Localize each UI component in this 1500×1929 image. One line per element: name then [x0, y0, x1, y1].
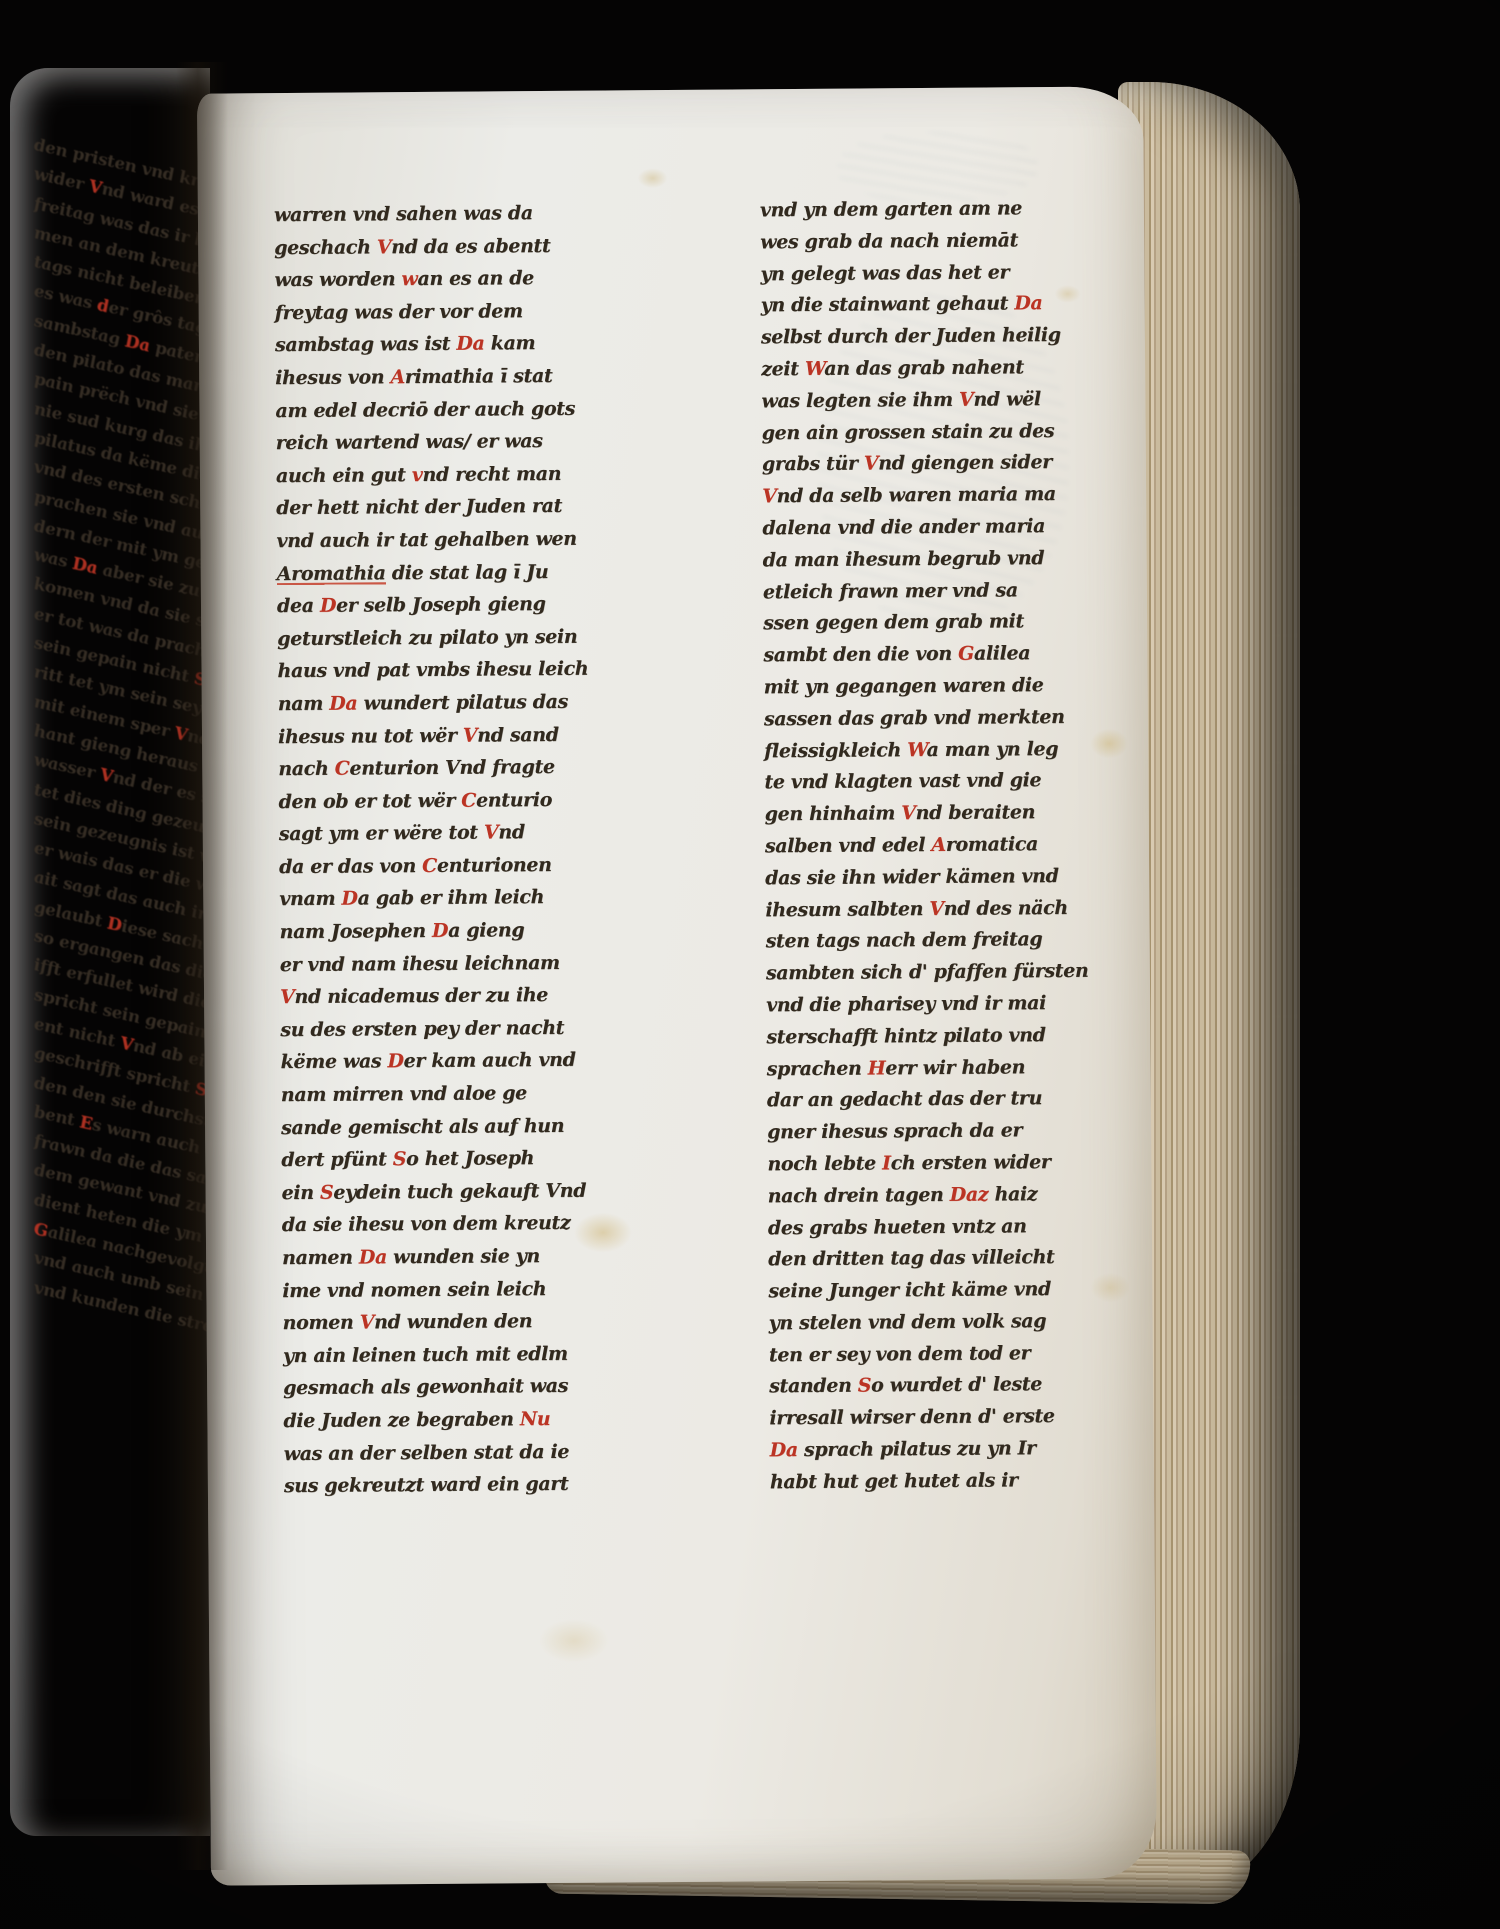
stain	[539, 1619, 609, 1664]
text-line: zeit Wan das grab nahent	[761, 351, 1153, 386]
text-line: nach drein tagen Daz haiz	[768, 1178, 1157, 1213]
text-line: nam mirren vnd aloe ge	[281, 1077, 617, 1112]
text-line: yn gelegt was das het er	[760, 256, 1152, 291]
text-line: gen ain grossen stain zu des	[762, 415, 1154, 450]
text-line: Vnd nicademus der zu ihe	[280, 979, 616, 1014]
text-line: ihesus nu tot wër Vnd sand	[278, 718, 614, 753]
text-line: fleissigkleich Wa man yn leg	[764, 733, 1156, 768]
text-line: was legten sie ihm Vnd wël	[761, 383, 1153, 418]
text-line: etleich frawn mer vnd sa	[763, 574, 1155, 609]
text-line: nam Da wundert pilatus das	[278, 685, 614, 720]
text-line: yn die stainwant gehaut Da	[761, 288, 1153, 323]
text-line: habt hut get hutet als ir	[770, 1464, 1157, 1499]
text-line: Da sprach pilatus zu yn Ir	[770, 1432, 1157, 1467]
text-line: te vnd klagten vast vnd gie	[764, 765, 1156, 800]
text-line: dalena vnd die ander maria	[762, 510, 1154, 545]
text-line: noch lebte Ich ersten wider	[767, 1146, 1157, 1181]
text-line: salben vnd edel Aromatica	[765, 828, 1157, 863]
stain	[638, 168, 668, 188]
text-line: da sie ihesu von dem kreutz	[282, 1207, 618, 1242]
text-line: Aromathia die stat lag ī Ju	[277, 555, 613, 590]
bleed-through-text	[837, 131, 1038, 203]
text-line: der hett nicht der Juden rat	[276, 490, 612, 525]
text-line: sterschafft hintz pilato vnd	[766, 1019, 1157, 1054]
text-line: namen Da wunden sie yn	[282, 1239, 618, 1274]
text-line: vnd auch ir tat gehalben wen	[276, 522, 612, 557]
text-line: nomen Vnd wunden den	[283, 1305, 619, 1340]
text-line: vnd yn dem garten am ne	[760, 192, 1152, 227]
text-line: was worden wan es an de	[274, 262, 610, 297]
text-line: den dritten tag das villeicht	[768, 1242, 1157, 1277]
text-line: dert pfünt So het Joseph	[281, 1142, 617, 1177]
text-line: er vnd nam ihesu leichnam	[280, 946, 616, 981]
text-line: sande gemischt als auf hun	[281, 1109, 617, 1144]
text-line: ihesum salbten Vnd des näch	[765, 892, 1157, 927]
text-line: grabs tür Vnd giengen sider	[762, 447, 1154, 482]
text-line: gen hinhaim Vnd beraiten	[765, 796, 1157, 831]
text-line: geschach Vnd da es abentt	[274, 229, 610, 264]
text-line: irresall wirser denn d' erste	[769, 1400, 1157, 1435]
text-line: reich wartend was/ er was	[276, 425, 612, 460]
text-line: mit yn gegangen waren die	[764, 669, 1156, 704]
text-line: selbst durch der Juden heilig	[761, 319, 1153, 354]
text-line: wes grab da nach niemāt	[760, 224, 1152, 259]
text-line: sassen das grab vnd merkten	[764, 701, 1156, 736]
text-line: am edel decriō der auch gots	[275, 392, 611, 427]
text-line: sambten sich d' pfaffen fürsten	[766, 955, 1157, 990]
text-line: sprachen Herr wir haben	[767, 1051, 1157, 1086]
text-line: vnd die pharisey vnd ir mai	[766, 987, 1157, 1022]
text-line: dea Der selb Joseph gieng	[277, 588, 613, 623]
text-line: ihesus von Arimathia ī stat	[275, 359, 611, 394]
text-line: ten er sey von dem tod er	[769, 1337, 1157, 1372]
text-line: sus gekreutzt ward ein gart	[284, 1468, 620, 1503]
text-line: su des ersten pey der nacht	[280, 1011, 616, 1046]
text-line: das sie ihn wider kämen vnd	[765, 860, 1157, 895]
manuscript-page: 296 warren vnd sahen was dageschach Vnd …	[197, 86, 1157, 1885]
text-line: dar an gedacht das der tru	[767, 1083, 1157, 1118]
text-line: ssen gegen dem grab mit	[763, 606, 1155, 641]
text-line: gesmach als gewonhait was	[283, 1370, 619, 1405]
text-line: sambstag was ist Da kam	[275, 327, 611, 362]
text-line: die Juden ze begraben Nu	[283, 1402, 619, 1437]
text-line: was an der selben stat da ie	[284, 1435, 620, 1470]
text-line: da man ihesum begrub vnd	[763, 542, 1155, 577]
text-line: ein Seydein tuch gekauft Vnd	[281, 1174, 617, 1209]
text-line: yn ain leinen tuch mit edlm	[283, 1337, 619, 1372]
text-line: nam Josephen Da gieng	[279, 914, 615, 949]
text-line: ime vnd nomen sein leich	[282, 1272, 618, 1307]
text-line: këme was Der kam auch vnd	[280, 1044, 616, 1079]
photo-background: den pristen vnd krebwider Vnd ward es an…	[0, 0, 1500, 1929]
text-line: gner ihesus sprach da er	[767, 1114, 1157, 1149]
text-line: Vnd da selb waren maria ma	[762, 478, 1154, 513]
text-line: sambt den die von Galilea	[763, 637, 1155, 672]
text-line: warren vnd sahen was da	[274, 197, 610, 232]
text-line: geturstleich zu pilato yn sein	[277, 620, 613, 655]
text-line: den ob er tot wër Centurio	[278, 783, 614, 818]
text-line: standen So wurdet d' leste	[769, 1369, 1157, 1404]
book-gutter	[176, 62, 228, 1870]
text-line: seine Junger icht käme vnd	[768, 1273, 1157, 1308]
text-line: vnam Da gab er ihm leich	[279, 881, 615, 916]
text-line: sagt ym er wëre tot Vnd	[279, 816, 615, 851]
text-line: sten tags nach dem freitag	[766, 924, 1157, 959]
text-line: nach Centurion Vnd fragte	[278, 751, 614, 786]
text-line: yn stelen vnd dem volk sag	[769, 1305, 1157, 1340]
text-line: des grabs hueten vntz an	[768, 1210, 1157, 1245]
text-column-left: warren vnd sahen was dageschach Vnd da e…	[274, 197, 620, 1503]
text-line: auch ein gut vnd recht man	[276, 457, 612, 492]
text-line: da er das von Centurionen	[279, 848, 615, 883]
text-line: freytag was der vor dem	[275, 294, 611, 329]
text-line: haus vnd pat vmbs ihesu leich	[277, 653, 613, 688]
text-column-right: vnd yn dem garten am newes grab da nach …	[760, 192, 1157, 1499]
